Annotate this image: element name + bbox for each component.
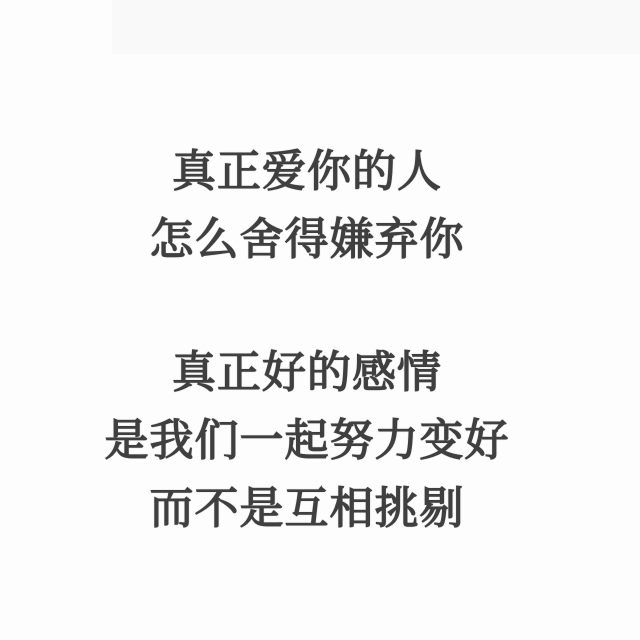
quote-line-1: 真正爱你的人 [0,138,627,206]
quote-stanza-1: 真正爱你的人 怎么舍得嫌弃你 [0,138,627,274]
top-gradient-band [112,0,640,54]
quote-text-block: 真正爱你的人 怎么舍得嫌弃你 真正好的感情 是我们一起努力变好 而不是互相挑剔 [0,138,627,543]
quote-line-2: 怎么舍得嫌弃你 [0,206,627,274]
quote-card: 真正爱你的人 怎么舍得嫌弃你 真正好的感情 是我们一起努力变好 而不是互相挑剔 [0,0,640,640]
quote-line-4: 是我们一起努力变好 [0,407,627,475]
quote-line-3: 真正好的感情 [0,339,627,407]
quote-line-5: 而不是互相挑剔 [0,475,627,543]
quote-stanza-2: 真正好的感情 是我们一起努力变好 而不是互相挑剔 [0,339,627,543]
